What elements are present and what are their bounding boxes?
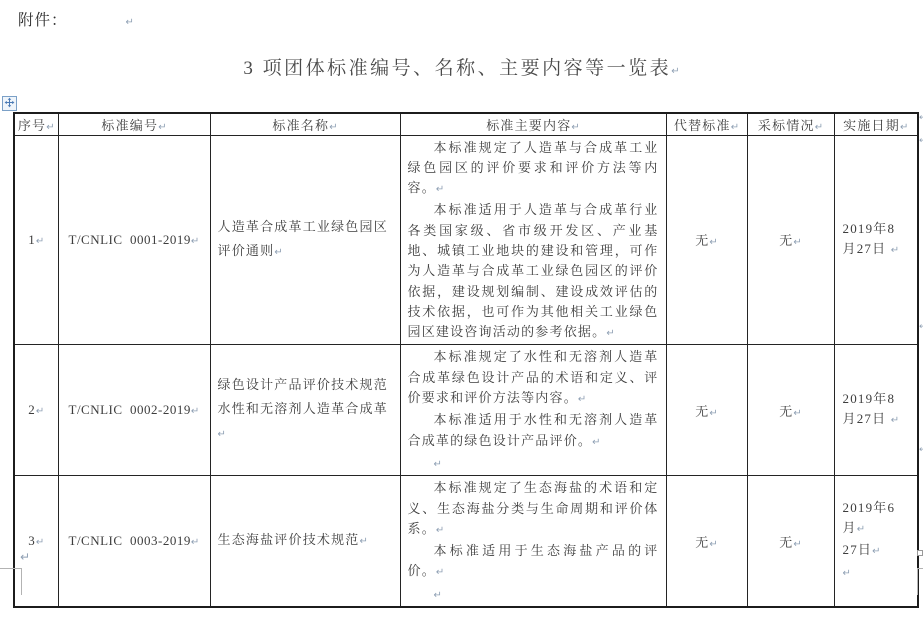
replaced-standard-cell[interactable]: 无↵ — [666, 135, 747, 345]
pilcrow-mark: ↵ — [793, 539, 801, 550]
pilcrow-mark: ↵ — [436, 567, 444, 578]
column-header-seq[interactable]: 序号↵ — [14, 113, 58, 135]
table-row: 1↵ T/CNLIC 0001-2019↵ 人造革合成革工业绿色园区评价通则↵ … — [14, 135, 918, 345]
pilcrow-mark: ↵ — [36, 236, 44, 247]
column-header-code[interactable]: 标准编号↵ — [58, 113, 210, 135]
pilcrow-mark: ↵ — [191, 236, 199, 247]
header-label: 代替标准 — [674, 118, 731, 133]
header-label: 实施日期 — [843, 118, 900, 133]
seq-cell[interactable]: 1↵ — [14, 135, 58, 345]
content-paragraph: 本标准规定了生态海盐的术语和定义、生态海盐分类与生命周期和评价体系。↵ — [408, 478, 659, 541]
pilcrow-mark: ↵ — [158, 122, 166, 133]
standard-code: T/CNLIC 0001-2019 — [69, 232, 191, 247]
name-cell[interactable]: 人造革合成革工业绿色园区评价通则↵ — [210, 135, 400, 345]
pilcrow-mark: ↵ — [815, 122, 823, 133]
content-paragraph: 本标准适用于生态海盐产品的评价。↵ — [408, 541, 659, 584]
date-value: 2019年6月 — [843, 500, 896, 535]
pilcrow-mark: ↵ — [191, 406, 199, 417]
pilcrow-mark: ↵ — [709, 408, 717, 419]
pilcrow-mark: ↵ — [329, 122, 337, 133]
column-header-replaced[interactable]: 代替标准↵ — [666, 113, 747, 135]
code-cell[interactable]: T/CNLIC 0003-2019↵ — [58, 476, 210, 607]
seq-cell[interactable]: 2↵ — [14, 345, 58, 476]
pilcrow-mark: ↵ — [434, 590, 442, 601]
adoption-status-cell[interactable]: 无↵ — [747, 476, 834, 607]
paragraph-text: 本标准规定了水性和无溶剂人造革合成革绿色设计产品的术语和定义、评价要求和评价方法… — [408, 349, 659, 405]
seq-value: 1 — [28, 232, 36, 247]
content-paragraph: 本标准规定了人造革与合成革工业绿色园区的评价要求和评价方法等内容。↵ — [408, 138, 659, 201]
row-end-mark: ↵ — [919, 445, 923, 455]
margin-corner-mark — [917, 568, 918, 595]
row-end-mark: ↵ — [919, 113, 923, 123]
column-header-adoption[interactable]: 采标情况↵ — [747, 113, 834, 135]
pilcrow-mark: ↵ — [20, 550, 30, 564]
replaced-value: 无 — [695, 535, 709, 550]
seq-value: 2 — [28, 402, 36, 417]
code-cell[interactable]: T/CNLIC 0001-2019↵ — [58, 135, 210, 345]
standard-name: 生态海盐评价技术规范 — [218, 532, 360, 547]
pilcrow-mark: ↵ — [793, 408, 801, 419]
header-label: 采标情况 — [758, 118, 815, 133]
name-cell[interactable]: 绿色设计产品评价技术规范水性和无溶剂人造革合成革↵ — [210, 345, 400, 476]
content-paragraph: 本标准规定了水性和无溶剂人造革合成革绿色设计产品的术语和定义、评价要求和评价方法… — [408, 347, 659, 410]
implementation-date-cell[interactable]: 2019年6月↵ 27日↵ ↵ — [834, 476, 918, 607]
pilcrow-mark: ↵ — [126, 17, 134, 28]
pilcrow-mark: ↵ — [857, 524, 865, 535]
pilcrow-mark: ↵ — [360, 536, 368, 547]
standard-name: 绿色设计产品评价技术规范水性和无溶剂人造革合成革 — [218, 377, 388, 416]
column-header-name[interactable]: 标准名称↵ — [210, 113, 400, 135]
margin-corner-mark — [0, 568, 22, 569]
replaced-standard-cell[interactable]: 无↵ — [666, 476, 747, 607]
pilcrow-mark: ↵ — [709, 539, 717, 550]
pilcrow-mark: ↵ — [793, 237, 801, 248]
empty-paragraph: ↵ — [408, 453, 659, 475]
row-end-mark: ↵ — [919, 322, 923, 332]
adoption-status-cell[interactable]: 无↵ — [747, 345, 834, 476]
pilcrow-mark: ↵ — [46, 122, 54, 133]
header-label: 序号 — [18, 118, 46, 133]
table-row: 3↵ T/CNLIC 0003-2019↵ 生态海盐评价技术规范↵ 本标准规定了… — [14, 476, 918, 607]
standard-code: T/CNLIC 0003-2019 — [69, 533, 191, 548]
table-resize-handle[interactable] — [917, 550, 923, 556]
paragraph-text: 本标准规定了人造革与合成革工业绿色园区的评价要求和评价方法等内容。 — [408, 140, 659, 196]
pilcrow-mark: ↵ — [731, 122, 739, 133]
empty-line: ↵ — [843, 562, 910, 584]
paragraph-text: 本标准适用于水性和无溶剂人造革合成革的绿色设计产品评价。 — [408, 412, 659, 447]
pilcrow-mark: ↵ — [891, 245, 899, 256]
column-header-date[interactable]: 实施日期↵ — [834, 113, 918, 135]
pilcrow-mark: ↵ — [436, 184, 444, 195]
replaced-standard-cell[interactable]: 无↵ — [666, 345, 747, 476]
pilcrow-mark: ↵ — [434, 459, 442, 470]
implementation-date-cell[interactable]: 2019年8月27日 ↵ — [834, 135, 918, 345]
pilcrow-mark: ↵ — [592, 437, 600, 448]
attachment-label: 附件： — [18, 12, 68, 29]
content-cell[interactable]: 本标准规定了人造革与合成革工业绿色园区的评价要求和评价方法等内容。↵ 本标准适用… — [400, 135, 666, 345]
pilcrow-mark: ↵ — [606, 328, 614, 339]
pilcrow-mark: ↵ — [709, 237, 717, 248]
pilcrow-mark: ↵ — [872, 546, 880, 557]
date-value: 27日 — [843, 542, 873, 557]
name-cell[interactable]: 生态海盐评价技术规范↵ — [210, 476, 400, 607]
header-label: 标准主要内容 — [486, 118, 571, 133]
standards-table: 序号↵ 标准编号↵ 标准名称↵ 标准主要内容↵ 代替标准↵ 采标情况↵ 实施日期… — [13, 112, 919, 608]
date-line: 27日↵ — [843, 540, 910, 562]
replaced-value: 无 — [695, 233, 709, 248]
paragraph-text: 本标准适用于人造革与合成革行业各类国家级、省市级开发区、产业基地、城镇工业地块的… — [408, 202, 659, 339]
pilcrow-mark: ↵ — [578, 394, 586, 405]
row-end-mark: ↵ — [919, 136, 923, 146]
page-title: 3 项团体标准编号、名称、主要内容等一览表 — [243, 58, 671, 79]
pilcrow-mark: ↵ — [900, 122, 908, 133]
adoption-value: 无 — [779, 404, 793, 419]
content-paragraph: 本标准适用于水性和无溶剂人造革合成革的绿色设计产品评价。↵ — [408, 410, 659, 453]
pilcrow-mark: ↵ — [274, 247, 282, 258]
date-value: 2019年8月27日 — [843, 391, 896, 426]
pilcrow-mark: ↵ — [191, 537, 199, 548]
pilcrow-mark: ↵ — [891, 415, 899, 426]
column-header-content[interactable]: 标准主要内容↵ — [400, 113, 666, 135]
pilcrow-mark: ↵ — [571, 122, 579, 133]
table-move-handle[interactable] — [2, 96, 17, 111]
header-label: 标准编号 — [101, 118, 158, 133]
standard-name: 人造革合成革工业绿色园区评价通则 — [218, 219, 388, 258]
adoption-value: 无 — [779, 535, 793, 550]
adoption-value: 无 — [779, 233, 793, 248]
paragraph-text: 本标准规定了生态海盐的术语和定义、生态海盐分类与生命周期和评价体系。 — [408, 480, 659, 536]
pilcrow-mark: ↵ — [436, 525, 444, 536]
pilcrow-mark: ↵ — [36, 406, 44, 417]
content-cell[interactable]: 本标准规定了水性和无溶剂人造革合成革绿色设计产品的术语和定义、评价要求和评价方法… — [400, 345, 666, 476]
seq-value: 3 — [28, 533, 36, 548]
adoption-status-cell[interactable]: 无↵ — [747, 135, 834, 345]
page-title-line: 3 项团体标准编号、名称、主要内容等一览表↵ — [0, 53, 923, 80]
content-paragraph: 本标准适用于人造革与合成革行业各类国家级、省市级开发区、产业基地、城镇工业地块的… — [408, 200, 659, 344]
code-cell[interactable]: T/CNLIC 0002-2019↵ — [58, 345, 210, 476]
pilcrow-mark: ↵ — [843, 568, 851, 579]
replaced-value: 无 — [695, 404, 709, 419]
attachment-heading: 附件：↵ — [18, 8, 134, 30]
standard-code: T/CNLIC 0002-2019 — [69, 402, 191, 417]
date-line: 2019年6月↵ — [843, 498, 910, 540]
header-label: 标准名称 — [272, 118, 329, 133]
pilcrow-mark: ↵ — [218, 429, 226, 440]
empty-paragraph: ↵ — [408, 584, 659, 606]
pilcrow-mark: ↵ — [36, 537, 44, 548]
pilcrow-mark: ↵ — [671, 66, 679, 77]
date-value: 2019年8月27日 — [843, 221, 896, 256]
document-page: 附件：↵ 3 项团体标准编号、名称、主要内容等一览表↵ 序号↵ 标准编号↵ 标准… — [0, 0, 923, 640]
paragraph-text: 本标准适用于生态海盐产品的评价。 — [408, 543, 659, 578]
implementation-date-cell[interactable]: 2019年8月27日 ↵ — [834, 345, 918, 476]
table-row: 2↵ T/CNLIC 0002-2019↵ 绿色设计产品评价技术规范水性和无溶剂… — [14, 345, 918, 476]
margin-corner-mark — [21, 568, 22, 595]
header-row: 序号↵ 标准编号↵ 标准名称↵ 标准主要内容↵ 代替标准↵ 采标情况↵ 实施日期… — [14, 113, 918, 135]
content-cell[interactable]: 本标准规定了生态海盐的术语和定义、生态海盐分类与生命周期和评价体系。↵ 本标准适… — [400, 476, 666, 607]
move-arrows-icon — [4, 95, 15, 113]
